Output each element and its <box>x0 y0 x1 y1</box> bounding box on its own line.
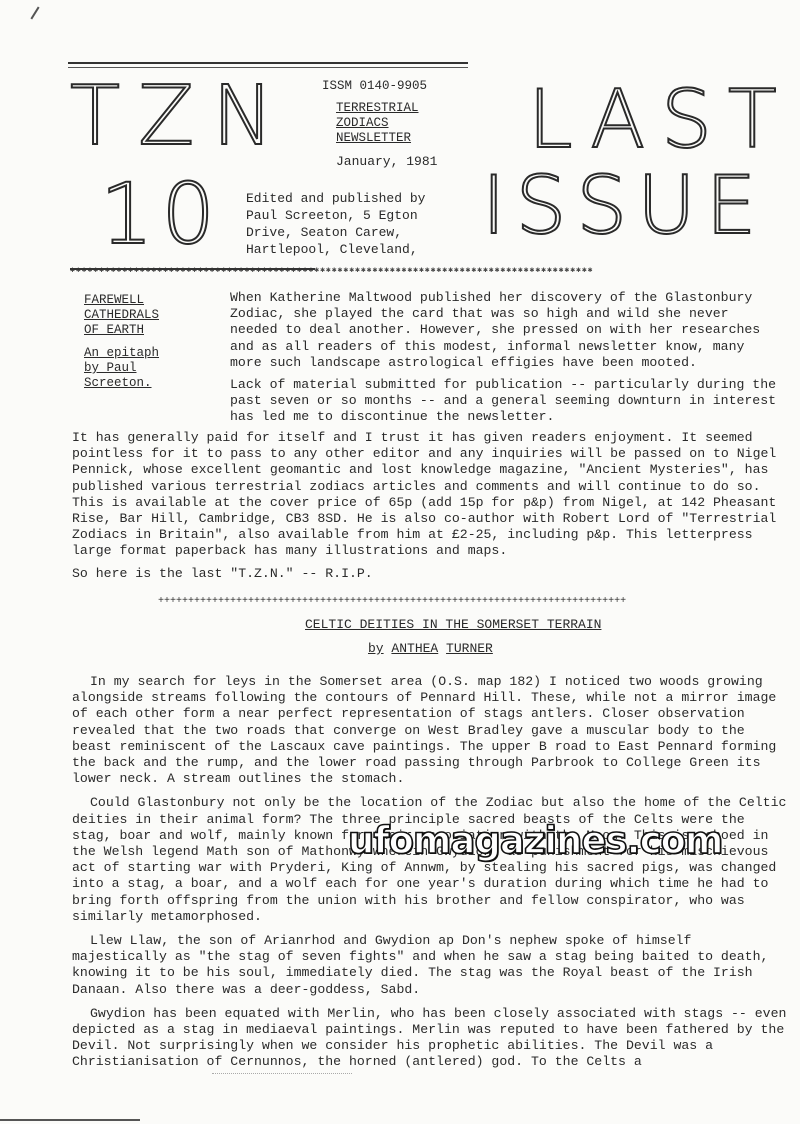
series-title-line: TERRESTRIAL <box>336 101 419 116</box>
article-byline: by ANTHEA TURNER <box>368 641 493 656</box>
banner-issue: ISSUE <box>482 166 766 246</box>
series-title-line: NEWSLETTER <box>336 131 419 146</box>
author-last-name: TURNER <box>446 641 493 656</box>
scan-mark <box>30 7 39 20</box>
sidebar-title-line: OF EARTH <box>84 323 164 338</box>
editorial-intro: When Katherine Maltwood published her di… <box>230 290 780 432</box>
banner-last: LAST <box>528 80 793 160</box>
editor-line: Hartlepool, Cleveland, <box>246 241 425 258</box>
issue-date: January, 1981 <box>336 154 437 169</box>
byline-by: by <box>368 641 384 656</box>
paragraph: So here is the last "T.Z.N." -- R.I.P. <box>72 566 787 582</box>
editor-line: Paul Screeton, 5 Egton <box>246 207 425 224</box>
masthead-rule <box>68 62 468 68</box>
editor-address: Edited and published by Paul Screeton, 5… <box>246 190 425 258</box>
plus-divider: ++++++++++++++++++++++++++++++++++++++++… <box>158 596 626 607</box>
divider-underline <box>70 268 315 273</box>
article-body: In my search for leys in the Somerset ar… <box>72 674 787 1079</box>
page-edge-rule <box>0 1119 140 1121</box>
article-title: CELTIC DEITIES IN THE SOMERSET TERRAIN <box>305 617 601 632</box>
paragraph: When Katherine Maltwood published her di… <box>230 290 780 371</box>
author-first-name: ANTHEA <box>391 641 438 656</box>
scan-artifact <box>212 1073 352 1076</box>
sidebar-byline-line: Screeton. <box>84 376 164 391</box>
sidebar-byline-line: by Paul <box>84 361 164 376</box>
paragraph: Llew Llaw, the son of Arianrhod and Gwyd… <box>72 933 787 998</box>
issn: ISSM 0140-9905 <box>322 79 427 93</box>
paragraph: Gwydion has been equated with Merlin, wh… <box>72 1006 787 1071</box>
paragraph: In my search for leys in the Somerset ar… <box>72 674 787 787</box>
issue-number: 10 <box>100 172 223 256</box>
paragraph: Lack of material submitted for publicati… <box>230 377 780 426</box>
editorial-farewell: It has generally paid for itself and I t… <box>72 430 787 588</box>
newsletter-title: TERRESTRIAL ZODIACS NEWSLETTER <box>336 101 419 146</box>
sidebar-title-line: CATHEDRALS <box>84 308 164 323</box>
editor-line: Drive, Seaton Carew, <box>246 224 425 241</box>
masthead-logo: TZN <box>70 76 292 158</box>
sidebar-byline-line: An epitaph <box>84 346 164 361</box>
series-title-line: ZODIACS <box>336 116 419 131</box>
star-divider: ✱✱✱✱✱✱✱✱✱✱✱✱✱✱✱✱✱✱✱✱✱✱✱✱✱✱✱✱✱✱✱✱✱✱✱✱✱✱✱✱… <box>70 265 750 275</box>
sidebar-title-line: FAREWELL <box>84 293 164 308</box>
paragraph: It has generally paid for itself and I t… <box>72 430 787 560</box>
editor-line: Edited and published by <box>246 190 425 207</box>
watermark: ufomagazines.com <box>348 822 722 859</box>
sidebar-heading: FAREWELL CATHEDRALS OF EARTH An epitaph … <box>84 293 164 391</box>
